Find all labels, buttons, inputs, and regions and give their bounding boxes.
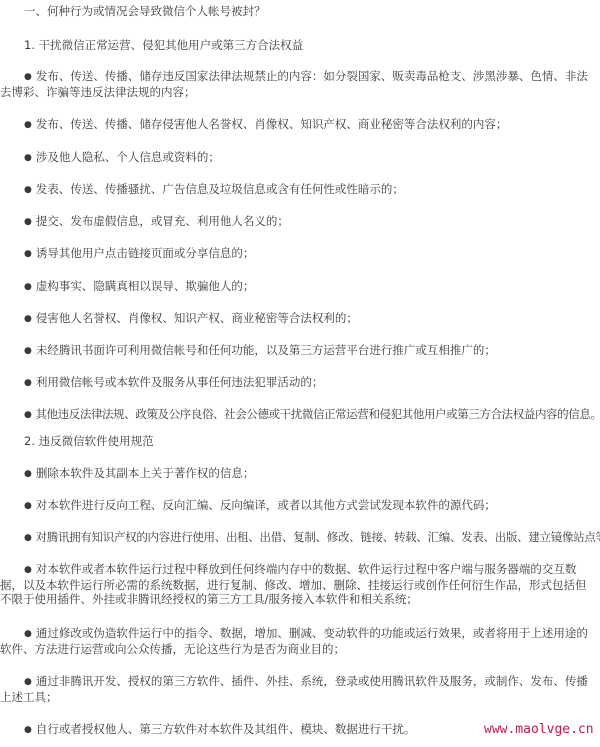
bullet-icon: ● <box>24 533 32 543</box>
list-item: ●对本软件进行反向工程、反向汇编、反向编译，或者以其他方式尝试发现本软件的源代码… <box>0 498 596 514</box>
bullet-icon: ● <box>24 282 32 292</box>
list-item: ●诱导其他用户点击链接页面或分享信息的； <box>0 246 596 262</box>
bullet-icon: ● <box>24 629 32 639</box>
list-item: ●删除本软件及其副本上关于著作权的信息； <box>0 466 596 482</box>
watermark: www.maolvge.cn <box>484 722 594 737</box>
bullet-icon: ● <box>24 378 32 388</box>
list-item: ●未经腾讯书面许可利用微信帐号和任何功能，以及第三方运营平台进行推广或互相推广的… <box>0 343 596 359</box>
bullet-icon: ● <box>24 565 32 575</box>
list-item: ●利用微信帐号或本软件及服务从事任何违法犯罪活动的； <box>0 375 596 391</box>
section2-title: 2. 违反微信软件使用规范 <box>0 434 596 448</box>
bullet-icon: ● <box>24 677 32 687</box>
list-item: ●发布、传送、传播、储存违反国家法律法规禁止的内容：如分裂国家、贩卖毒品枪支、涉… <box>0 69 596 99</box>
list-item: ●涉及他人隐私、个人信息或资料的； <box>0 150 596 166</box>
list-item: ●发布、传送、传播、储存侵害他人名誉权、肖像权、知识产权、商业秘密等合法权利的内… <box>0 117 596 133</box>
section1-title: 1. 干扰微信正常运营、侵犯其他用户或第三方合法权益 <box>0 38 596 52</box>
bullet-icon: ● <box>24 120 32 130</box>
bullet-icon: ● <box>24 153 32 163</box>
heading: 一、何种行为或情况会导致微信个人帐号被封？ <box>0 4 596 18</box>
list-item: ●对本软件或者本软件运行过程中释放到任何终端内存中的数据、软件运行过程中客户端与… <box>0 562 596 606</box>
list-item: ●通过非腾讯开发、授权的第三方软件、插件、外挂、系统，登录或使用腾讯软件及服务，… <box>0 674 596 704</box>
bullet-icon: ● <box>24 725 32 735</box>
bullet-icon: ● <box>24 185 32 195</box>
bullet-icon: ● <box>24 72 32 82</box>
bullet-icon: ● <box>24 469 32 479</box>
list-item: ●对腾讯拥有知识产权的内容进行使用、出租、出借、复制、修改、链接、转载、汇编、发… <box>0 530 596 546</box>
list-item: ●通过修改或伪造软件运行中的指令、数据，增加、删减、变动软件的功能或运行效果，或… <box>0 626 596 656</box>
bullet-icon: ● <box>24 410 31 420</box>
bullet-icon: ● <box>24 501 32 511</box>
bullet-icon: ● <box>24 314 32 324</box>
list-item: ●其他违反法律法规、政策及公序良俗、社会公德或干扰微信正常运营和侵犯其他用户或第… <box>0 407 596 423</box>
list-item: ●侵害他人名誉权、肖像权、知识产权、商业秘密等合法权利的； <box>0 311 596 327</box>
list-item: ●虚构事实、隐瞒真相以误导、欺骗他人的； <box>0 279 596 295</box>
bullet-icon: ● <box>24 346 32 356</box>
list-item: ●提交、发布虚假信息，或冒充、利用他人名义的； <box>0 214 596 230</box>
bullet-icon: ● <box>24 249 32 259</box>
list-item: ●发表、传送、传播骚扰、广告信息及垃圾信息或含有任何性或性暗示的； <box>0 182 596 198</box>
bullet-icon: ● <box>24 217 32 227</box>
